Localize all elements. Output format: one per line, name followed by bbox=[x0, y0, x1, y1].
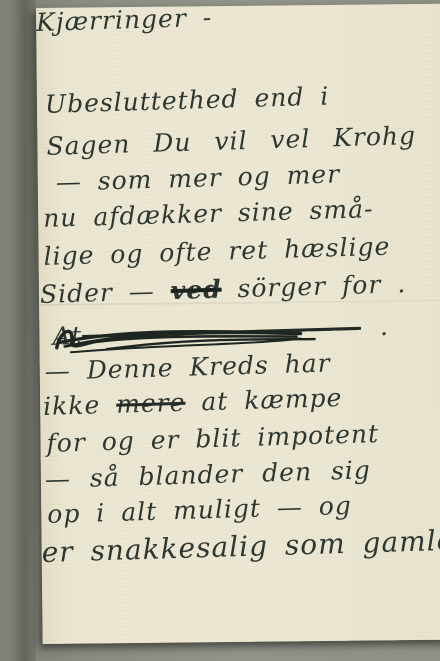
handwritten-line-with-strikeout: ikke mere at kæmpe bbox=[43, 383, 343, 421]
handwritten-line-with-strikeout: Sider — ved sörger for . bbox=[40, 269, 407, 309]
photo-of-manuscript: Ubesluttethed end i Sagen Du vil vel Kro… bbox=[0, 0, 440, 661]
handwritten-line: — som mer og mer bbox=[55, 159, 340, 196]
struck-out-word: ved bbox=[170, 275, 222, 305]
line-text: ikke bbox=[43, 390, 117, 421]
mount-shadow bbox=[10, 0, 36, 661]
handwritten-line: Sagen Du vil vel Krohg bbox=[46, 121, 416, 161]
handwritten-line: er snakkesalig som gamle bbox=[41, 524, 440, 569]
line-text: at kæmpe bbox=[185, 383, 343, 417]
handwritten-line: nu afdækker sine små- bbox=[43, 194, 374, 233]
manuscript-paper: Ubesluttethed end i Sagen Du vil vel Kro… bbox=[36, 4, 440, 644]
line-text: Sider — bbox=[40, 276, 172, 309]
handwritten-line: — så blander den sig bbox=[45, 455, 372, 494]
struck-out-illegible-text: —————— ———— bbox=[82, 313, 362, 350]
struck-out-word: mere bbox=[116, 388, 186, 419]
handwritten-line: lige og ofte ret hæslige bbox=[43, 232, 391, 271]
handwritten-line: — Denne Kreds har bbox=[44, 348, 331, 385]
handwritten-line: Ubesluttethed end i bbox=[45, 81, 330, 118]
handwritten-line: Kjærringer - bbox=[36, 3, 213, 37]
handwritten-line: for og er blit impotent bbox=[46, 419, 379, 458]
line-text: At bbox=[52, 321, 83, 351]
line-text: . bbox=[360, 312, 389, 342]
handwritten-line: op i alt muligt — og bbox=[47, 491, 352, 529]
line-text: sörger for . bbox=[221, 269, 406, 303]
fully-struck-out-line: At—————— ———— . bbox=[52, 312, 389, 351]
